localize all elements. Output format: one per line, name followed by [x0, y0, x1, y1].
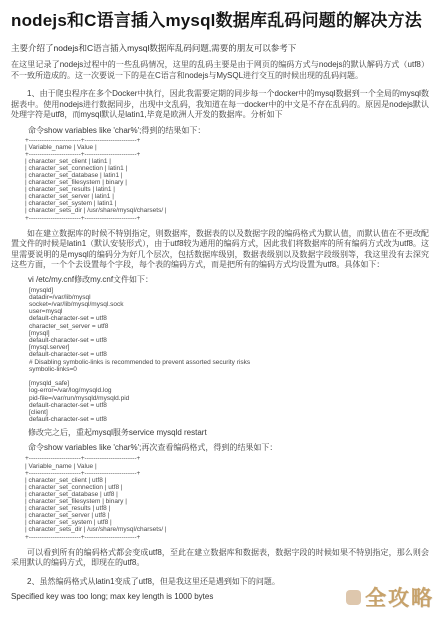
restart-service-line: 修改完之后，重起mysql服务service mysqld restart [11, 428, 429, 437]
show-variables-command-before: 命令show variables like 'char%';得到的结果如下： [11, 126, 429, 135]
vi-mycnf-command: vi /etc/my.cnf修改my.cnf文件如下： [11, 275, 429, 284]
encoding-explanation-paragraph: 如在建立数据库的时候不特别指定，则数据库，数据表的以及数据字段的编码格式为默认值… [11, 229, 429, 271]
page-title: nodejs和C语言插入mysql数据库乱码问题的解决方法 [11, 10, 429, 32]
intro-paragraph: 在这里记录了nodejs过程中的一些乱码情况，这里的乱码主要是由于网页的编码方式… [11, 60, 429, 81]
article-page: nodejs和C语言插入mysql数据库乱码问题的解决方法 主要介绍了nodej… [0, 0, 440, 620]
mysql-variables-table-after: +------------------------+--------------… [11, 455, 429, 540]
result-explanation-paragraph: 可以看到所有的编码格式都会变成utf8，至此在建立数据库和数据表，数据字段的时候… [11, 548, 429, 569]
step1-paragraph: 1、由于爬虫程序在多个Docker中执行，因此我需要定期的同步每一个docker… [11, 89, 429, 121]
mycnf-code-block: [mysqld] datadir=/var/lib/mysql socket=/… [11, 287, 429, 424]
watermark-logo-icon [346, 590, 361, 605]
watermark: 全攻略 [346, 582, 434, 612]
article-subtitle: 主要介绍了nodejs和C语言插入mysql数据库乱码问题,需要的朋友可以参考下 [11, 44, 429, 53]
watermark-text: 全攻略 [365, 582, 434, 612]
show-variables-command-after: 命令show variables like 'char%';再次查看编码格式，得… [11, 443, 429, 452]
mysql-variables-table-before: +------------------------+--------------… [11, 137, 429, 222]
